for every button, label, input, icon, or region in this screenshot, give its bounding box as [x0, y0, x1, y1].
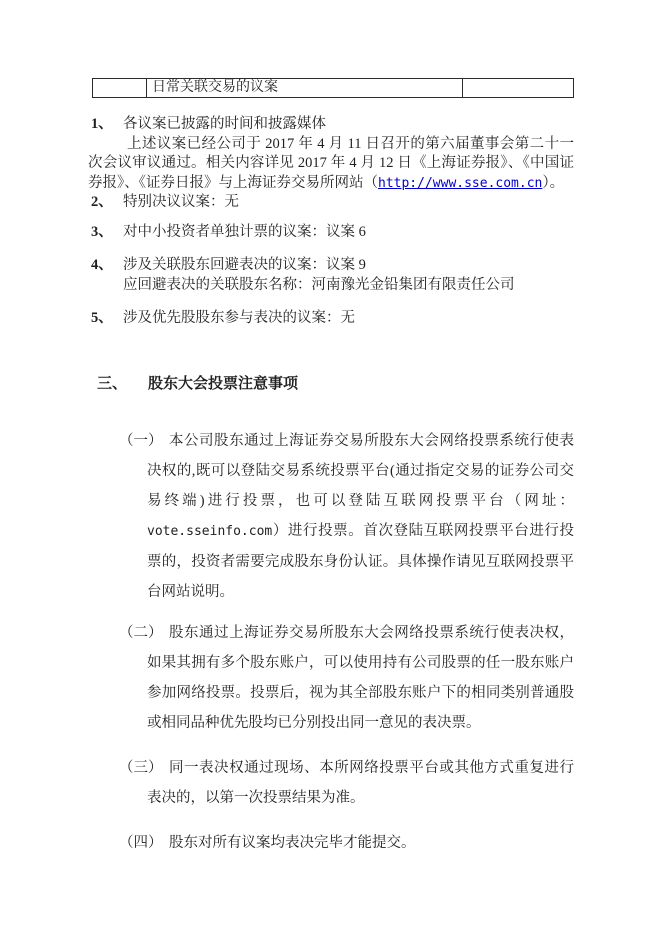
numbered-item-5: 5、 涉及优先股股东参与表决的议案：无 [91, 309, 574, 329]
table-cell-index [93, 79, 147, 98]
item-2-text: 特别决议议案：无 [123, 194, 239, 210]
sub-item-4: （四） 股东对所有议案均表决完毕才能提交。 [147, 828, 574, 858]
sub-item-1: （一） 本公司股东通过上海证券交易所股东大会网络投票系统行使表决权的,既可以登陆… [147, 426, 574, 607]
sub-item-3: （三） 同一表决权通过现场、本所网络投票平台或其他方式重复进行表决的，以第一次投… [147, 753, 574, 813]
sub-item-4-text: 股东对所有议案均表决完毕才能提交。 [169, 835, 416, 851]
item-5-number: 5、 [91, 309, 113, 329]
numbered-item-3: 3、 对中小投资者单独计票的议案：议案 6 [91, 223, 574, 243]
sub-item-1-text-before-url: 本公司股东通过上海证券交易所股东大会网络投票系统行使表决权的,既可以登陆交易系统… [147, 433, 574, 509]
section-three-number: 三、 [97, 374, 148, 394]
table-row: 日常关联交易的议案 [93, 79, 574, 98]
item-3-number: 3、 [91, 223, 113, 243]
item-1-number: 1、 [91, 115, 113, 135]
item-1-text: 各议案已披露的时间和披露媒体 [123, 116, 326, 132]
document-page: 日常关联交易的议案 1、 各议案已披露的时间和披露媒体 上述议案已经公司于 20… [0, 0, 662, 936]
sub-item-3-text: 同一表决权通过现场、本所网络投票平台或其他方式重复进行表决的，以第一次投票结果为… [147, 760, 574, 806]
sub-item-4-label: （四） [119, 828, 163, 858]
sse-website-link[interactable]: http://www.sse.com.cn [378, 176, 542, 191]
disclosure-paragraph: 上述议案已经公司于 2017 年 4 月 11 日召开的第六届董事会第二十一次会… [88, 135, 574, 194]
proposal-table-fragment: 日常关联交易的议案 [92, 78, 574, 98]
sub-item-2: （二） 股东通过上海证券交易所股东大会网络投票系统行使表决权，如果其拥有多个股东… [147, 618, 574, 738]
sub-item-2-label: （二） [119, 618, 163, 648]
item-2-number: 2、 [91, 193, 113, 213]
table-cell-proposal-title: 日常关联交易的议案 [147, 79, 463, 98]
section-three-heading: 三、股东大会投票注意事项 [97, 374, 574, 394]
item-4-text: 涉及关联股东回避表决的议案：议案 9 [123, 256, 574, 276]
numbered-item-2: 2、 特别决议议案：无 [91, 193, 574, 213]
item-5-text: 涉及优先股股东参与表决的议案：无 [123, 310, 355, 326]
section-three-title: 股东大会投票注意事项 [148, 376, 298, 392]
sub-item-2-text: 股东通过上海证券交易所股东大会网络投票系统行使表决权，如果其拥有多个股东账户，可… [147, 625, 574, 731]
numbered-item-1: 1、 各议案已披露的时间和披露媒体 [91, 115, 574, 135]
table-cell-vote-type [463, 79, 574, 98]
sub-item-3-label: （三） [119, 753, 163, 783]
item-3-text: 对中小投资者单独计票的议案：议案 6 [123, 224, 366, 240]
internet-voting-platform-url: vote.sseinfo.com [147, 524, 272, 539]
item-4-number: 4、 [91, 256, 113, 276]
sub-item-1-label: （一） [119, 426, 163, 456]
disclosure-text-after-link: ）。 [542, 175, 564, 191]
item-4-related-shareholder: 应回避表决的关联股东名称：河南豫光金铅集团有限责任公司 [123, 276, 574, 296]
numbered-item-4: 4、 涉及关联股东回避表决的议案：议案 9 应回避表决的关联股东名称：河南豫光金… [91, 256, 574, 295]
